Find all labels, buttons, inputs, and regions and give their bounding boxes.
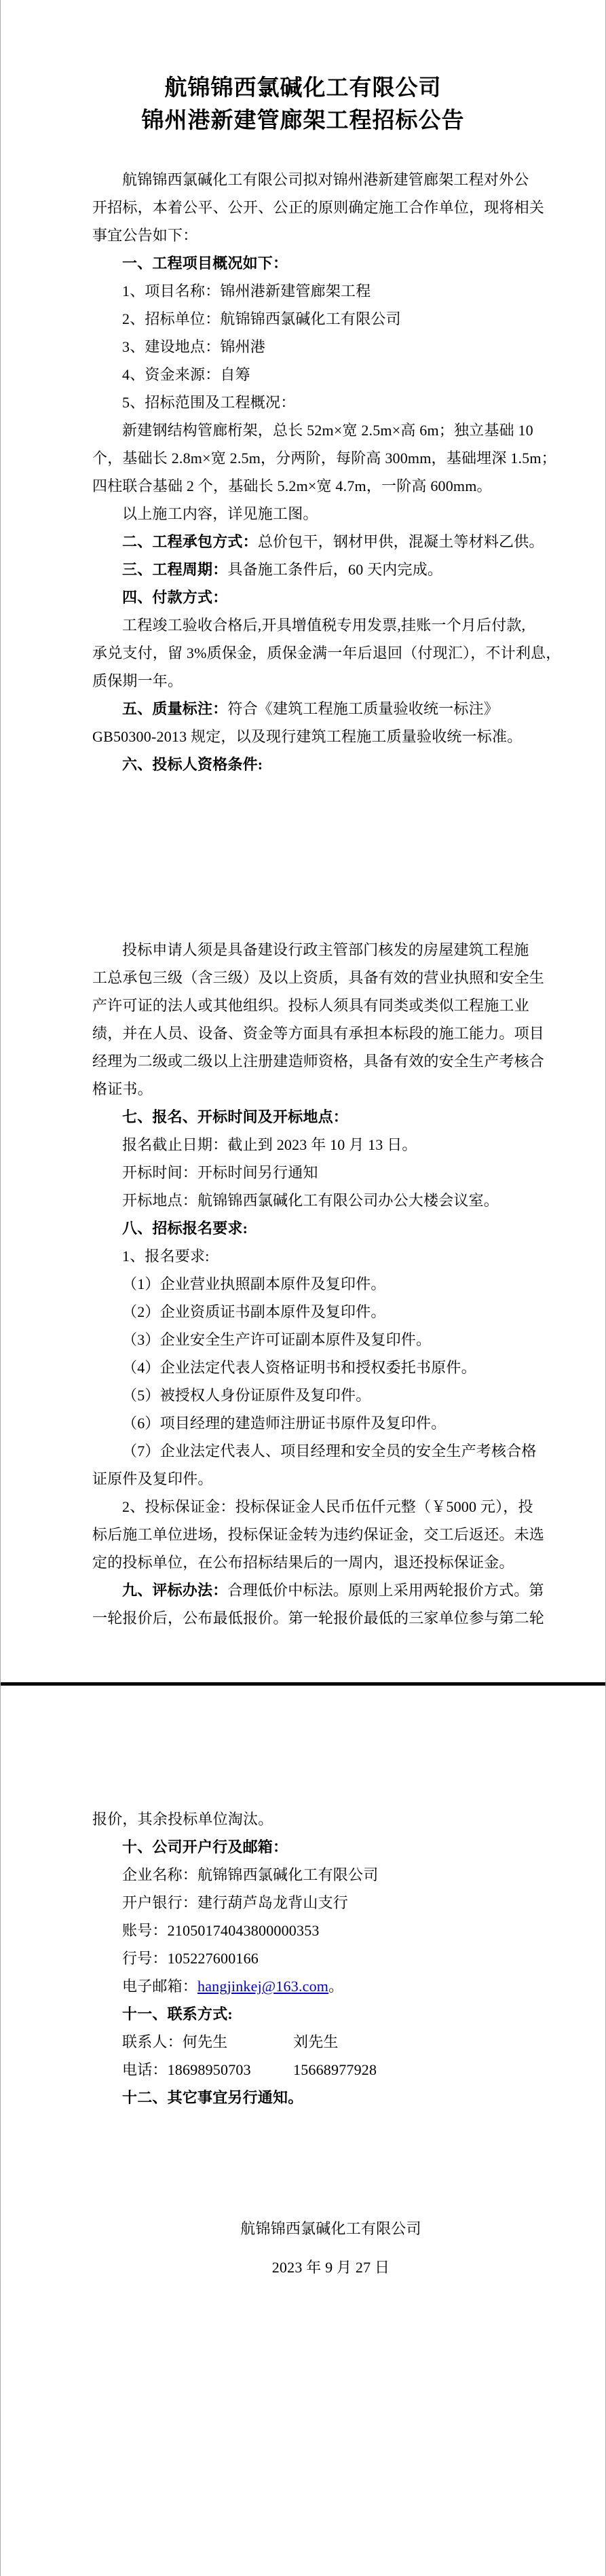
- heading-line: 十、公司开户行及邮箱：: [1, 1833, 605, 1861]
- text-line: 新建钢结构管廊桁架，总长 52m×宽 2.5m×高 6m；独立基础 10: [1, 416, 605, 444]
- text-line: 工总承包三级（含三级）及以上资质，具备有效的营业执照和安全生: [1, 964, 605, 992]
- heading-line: 八、招标报名要求:: [1, 1214, 605, 1242]
- text-line: 开户银行：建行葫芦岛龙背山支行: [1, 1889, 605, 1917]
- contact-col-1: 电话：18698950703: [122, 2056, 293, 2084]
- text-line: 电话：1869895070315668977928: [1, 2056, 605, 2084]
- bold-label: 十、公司开户行及邮箱：: [122, 1838, 288, 1855]
- text-line: 航锦锦西氯碱化工有限公司拟对锦州港新建管廊架工程对外公: [1, 166, 605, 194]
- blank-space: [1, 778, 605, 936]
- text-line: 以上施工内容，详见施工图。: [1, 500, 605, 528]
- bold-label: 十二、其它事宜另行通知。: [122, 2089, 303, 2106]
- signature-date: 2023 年 9 月 27 日: [29, 2253, 605, 2281]
- text-line: 绩，并在人员、设备、资金等方面具有承担本标段的施工能力。项目: [1, 1019, 605, 1047]
- text-line: 2、投标保证金：投标保证金人民币伍仟元整（￥5000 元），投: [1, 1493, 605, 1521]
- text-line: （5）被授权人身份证原件及复印件。: [1, 1381, 605, 1409]
- text-line: 4、资金来源：自筹: [1, 361, 605, 388]
- bold-label: 八、招标报名要求:: [122, 1220, 248, 1237]
- text-line: 承兑支付，留 3%质保金，质保金满一年后退回（付现汇），不计利息，: [1, 639, 605, 667]
- email-link[interactable]: hangjinkej@163.com: [197, 1978, 328, 1995]
- document-title: 航锦锦西氯碱化工有限公司 锦州港新建管廊架工程招标公告: [1, 72, 605, 137]
- text-line: 标后施工单位进场，投标保证金转为违约保证金，交工后返还。未选: [1, 1521, 605, 1548]
- text-line: 证原件及复印件。: [1, 1465, 605, 1493]
- heading-line: 一、工程项目概况如下：: [1, 249, 605, 277]
- text-line: 格证书。: [1, 1075, 605, 1103]
- text-line: 工程竣工验收合格后,开具增值税专用发票,挂账一个月后付款,: [1, 611, 605, 639]
- text-line: 定的投标单位，在公布招标结果后的一周内，退还投标保证金。: [1, 1548, 605, 1576]
- text-line: GB50300-2013 规定，以及现行建筑工程施工质量验收统一标准。: [1, 723, 605, 750]
- text-line: （6）项目经理的建造师注册证书原件及复印件。: [1, 1409, 605, 1437]
- text-line: （1）企业营业执照副本原件及复印件。: [1, 1270, 605, 1298]
- page-2-body: 报价，其余投标单位淘汰。十、公司开户行及邮箱：企业名称：航锦锦西氯碱化工有限公司…: [1, 1805, 605, 2111]
- text-line: 投标申请人须是具备建设行政主管部门核发的房屋建筑工程施: [1, 936, 605, 964]
- text-line: 质保期一年。: [1, 667, 605, 695]
- signature-company: 航锦锦西氯碱化工有限公司: [29, 2215, 605, 2243]
- bold-label: 一、工程项目概况如下：: [122, 255, 288, 272]
- text-line: （7）企业法定代表人、项目经理和安全员的安全生产考核合格: [1, 1437, 605, 1465]
- signature-block: 航锦锦西氯碱化工有限公司 2023 年 9 月 27 日: [29, 2215, 605, 2281]
- text-line: 3、建设地点：锦州港: [1, 333, 605, 361]
- bold-label: 九、评标办法：: [122, 1582, 227, 1599]
- text-line: 联系人：何先生刘先生: [1, 2028, 605, 2056]
- bold-label: 三、工程周期：: [122, 561, 227, 578]
- text-line: 报价，其余投标单位淘汰。: [1, 1805, 605, 1833]
- text-line: （3）企业安全生产许可证副本原件及复印件。: [1, 1326, 605, 1354]
- text-line: 账号：21050174043800000353: [1, 1917, 605, 1944]
- title-line-1: 航锦锦西氯碱化工有限公司: [1, 72, 605, 105]
- contact-col-2: 刘先生: [293, 2033, 339, 2050]
- text-line: 电子邮箱：hangjinkej@163.com。: [1, 1972, 605, 2000]
- text-line: 开标地点：航锦锦西氯碱化工有限公司办公大楼会议室。: [1, 1186, 605, 1214]
- bold-label: 四、付款方式：: [122, 589, 227, 606]
- text-line: 一轮报价后，公布最低报价。第一轮报价最低的三家单位参与第二轮: [1, 1604, 605, 1632]
- text-line: （4）企业法定代表人资格证明书和授权委托书原件。: [1, 1354, 605, 1381]
- bold-label: 六、投标人资格条件:: [122, 756, 263, 773]
- title-spacer: [1, 137, 605, 166]
- document: 航锦锦西氯碱化工有限公司 锦州港新建管廊架工程招标公告 航锦锦西氯碱化工有限公司…: [0, 0, 606, 2576]
- heading-line: 十二、其它事宜另行通知。: [1, 2084, 605, 2111]
- contact-col-1: 联系人：何先生: [122, 2028, 293, 2056]
- text-line: 个，基础长 2.8m×宽 2.5m，分两阶，每阶高 300mm，基础埋深 1.5…: [1, 444, 605, 472]
- page-1: 航锦锦西氯碱化工有限公司 锦州港新建管廊架工程招标公告 航锦锦西氯碱化工有限公司…: [1, 0, 605, 1682]
- contact-col-2: 15668977928: [293, 2061, 377, 2078]
- text-line: 开标时间：开标时间另行通知: [1, 1159, 605, 1186]
- text-line: 2、招标单位：航锦锦西氯碱化工有限公司: [1, 305, 605, 333]
- heading-line: 四、付款方式：: [1, 583, 605, 611]
- heading-line: 二、工程承包方式：总价包干，钢材甲供，混凝土等材料乙供。: [1, 528, 605, 556]
- text-line: 产许可证的法人或其他组织。投标人须具有同类或类似工程施工业: [1, 992, 605, 1019]
- heading-line: 九、评标办法：合理低价中标法。原则上采用两轮报价方式。第: [1, 1576, 605, 1604]
- heading-line: 五、质量标注：符合《建筑工程施工质量验收统一标注》: [1, 695, 605, 723]
- title-line-2: 锦州港新建管廊架工程招标公告: [1, 105, 605, 137]
- bold-label: 二、工程承包方式：: [122, 533, 258, 550]
- text-line: 开招标，本着公平、公开、公正的原则确定施工合作单位，现将相关: [1, 194, 605, 221]
- page-1-body: 航锦锦西氯碱化工有限公司拟对锦州港新建管廊架工程对外公开招标，本着公平、公开、公…: [1, 166, 605, 1632]
- text-line: 企业名称：航锦锦西氯碱化工有限公司: [1, 1861, 605, 1889]
- bold-label: 十一、联系方式:: [122, 2006, 233, 2022]
- text-line: （2）企业资质证书副本原件及复印件。: [1, 1298, 605, 1326]
- page-2: 报价，其余投标单位淘汰。十、公司开户行及邮箱：企业名称：航锦锦西氯碱化工有限公司…: [1, 1686, 605, 2576]
- text-line: 事宜公告如下：: [1, 221, 605, 249]
- heading-line: 七、报名、开标时间及开标地点：: [1, 1103, 605, 1131]
- bold-label: 七、报名、开标时间及开标地点：: [122, 1108, 348, 1125]
- text-line: 1、报名要求:: [1, 1242, 605, 1270]
- text-line: 四柱联合基础 2 个，基础长 5.2m×宽 4.7m，一阶高 600mm。: [1, 472, 605, 500]
- heading-line: 十一、联系方式:: [1, 2000, 605, 2028]
- text-line: 经理为二级或二级以上注册建造师资格，具备有效的安全生产考核合: [1, 1047, 605, 1075]
- text-line: 1、项目名称：锦州港新建管廊架工程: [1, 277, 605, 305]
- text-line: 行号：105227600166: [1, 1944, 605, 1972]
- text-line: 5、招标范围及工程概况：: [1, 388, 605, 416]
- text-line: 报名截止日期：截止到 2023 年 10 月 13 日。: [1, 1131, 605, 1159]
- bold-label: 五、质量标注：: [122, 700, 227, 717]
- heading-line: 六、投标人资格条件:: [1, 750, 605, 778]
- heading-line: 三、工程周期：具备施工条件后，60 天内完成。: [1, 556, 605, 583]
